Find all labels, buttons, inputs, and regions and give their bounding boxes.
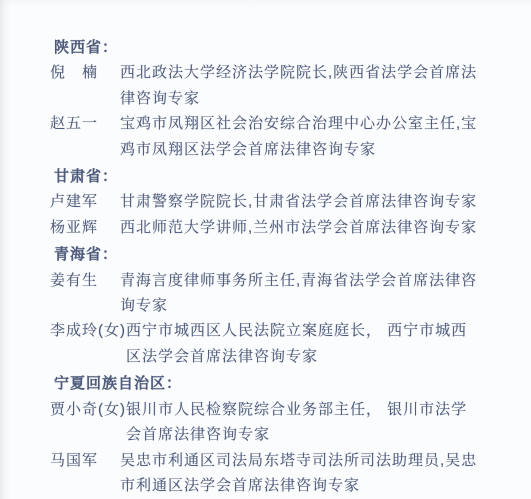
expert-entry: 杨亚辉 西北师范大学讲师,兰州市法学会首席法律咨询专家 [50, 215, 481, 240]
expert-entry: 卢建军 甘肃警察学院院长,甘肃省法学会首席法律咨询专家 [50, 189, 481, 214]
expert-name: 倪 楠 [50, 60, 120, 85]
province-section-qinghai: 青海省： 姜有生 青海言度律师事务所主任,青海省法学会首席法律咨询专家 李成玲(… [50, 242, 481, 369]
expert-description: 西北政法大学经济法学院院长,陕西省法学会首席法律咨询专家 [120, 60, 481, 111]
expert-description: 西宁市城西区人民法院立案庭庭长， 西宁市城西区法学会首席法律咨询专家 [126, 318, 481, 369]
expert-entry: 马国军 吴忠市利通区司法局东塔寺司法所司法助理员,吴忠市利通区法学会首席法律咨询… [50, 448, 481, 499]
expert-entry: 倪 楠 西北政法大学经济法学院院长,陕西省法学会首席法律咨询专家 [50, 60, 481, 111]
expert-description: 宝鸡市凤翔区社会治安综合治理中心办公室主任,宝鸡市凤翔区法学会首席法律咨询专家 [120, 111, 481, 162]
expert-name: 卢建军 [50, 189, 120, 214]
expert-description: 青海言度律师事务所主任,青海省法学会首席法律咨询专家 [120, 268, 481, 319]
expert-entry: 赵五一 宝鸡市凤翔区社会治安综合治理中心办公室主任,宝鸡市凤翔区法学会首席法律咨… [50, 111, 481, 162]
expert-description: 吴忠市利通区司法局东塔寺司法所司法助理员,吴忠市利通区法学会首席法律咨询专家 [120, 448, 481, 499]
scanned-document-page: 陕西省： 倪 楠 西北政法大学经济法学院院长,陕西省法学会首席法律咨询专家 赵五… [0, 0, 531, 499]
province-header: 陕西省： [50, 35, 481, 60]
province-header: 青海省： [50, 242, 481, 267]
expert-description: 甘肃警察学院院长,甘肃省法学会首席法律咨询专家 [120, 189, 481, 214]
province-header: 甘肃省： [50, 164, 481, 189]
expert-name: 李成玲(女) [50, 318, 126, 343]
expert-name: 姜有生 [50, 268, 120, 293]
expert-name: 杨亚辉 [50, 215, 120, 240]
province-section-ningxia: 宁夏回族自治区： 贾小奇(女) 银川市人民检察院综合业务部主任， 银川市法学会首… [50, 371, 481, 498]
expert-list: 陕西省： 倪 楠 西北政法大学经济法学院院长,陕西省法学会首席法律咨询专家 赵五… [50, 35, 481, 498]
expert-entry: 贾小奇(女) 银川市人民检察院综合业务部主任， 银川市法学会首席法律咨询专家 [50, 397, 481, 448]
expert-name: 马国军 [50, 448, 120, 473]
expert-name: 赵五一 [50, 111, 120, 136]
expert-description: 银川市人民检察院综合业务部主任， 银川市法学会首席法律咨询专家 [126, 397, 481, 448]
expert-entry: 李成玲(女) 西宁市城西区人民法院立案庭庭长， 西宁市城西区法学会首席法律咨询专… [50, 318, 481, 369]
province-section-shaanxi: 陕西省： 倪 楠 西北政法大学经济法学院院长,陕西省法学会首席法律咨询专家 赵五… [50, 35, 481, 162]
expert-name: 贾小奇(女) [50, 397, 126, 422]
province-section-gansu: 甘肃省： 卢建军 甘肃警察学院院长,甘肃省法学会首席法律咨询专家 杨亚辉 西北师… [50, 164, 481, 240]
expert-entry: 姜有生 青海言度律师事务所主任,青海省法学会首席法律咨询专家 [50, 268, 481, 319]
expert-description: 西北师范大学讲师,兰州市法学会首席法律咨询专家 [120, 215, 481, 240]
province-header: 宁夏回族自治区： [50, 371, 481, 396]
